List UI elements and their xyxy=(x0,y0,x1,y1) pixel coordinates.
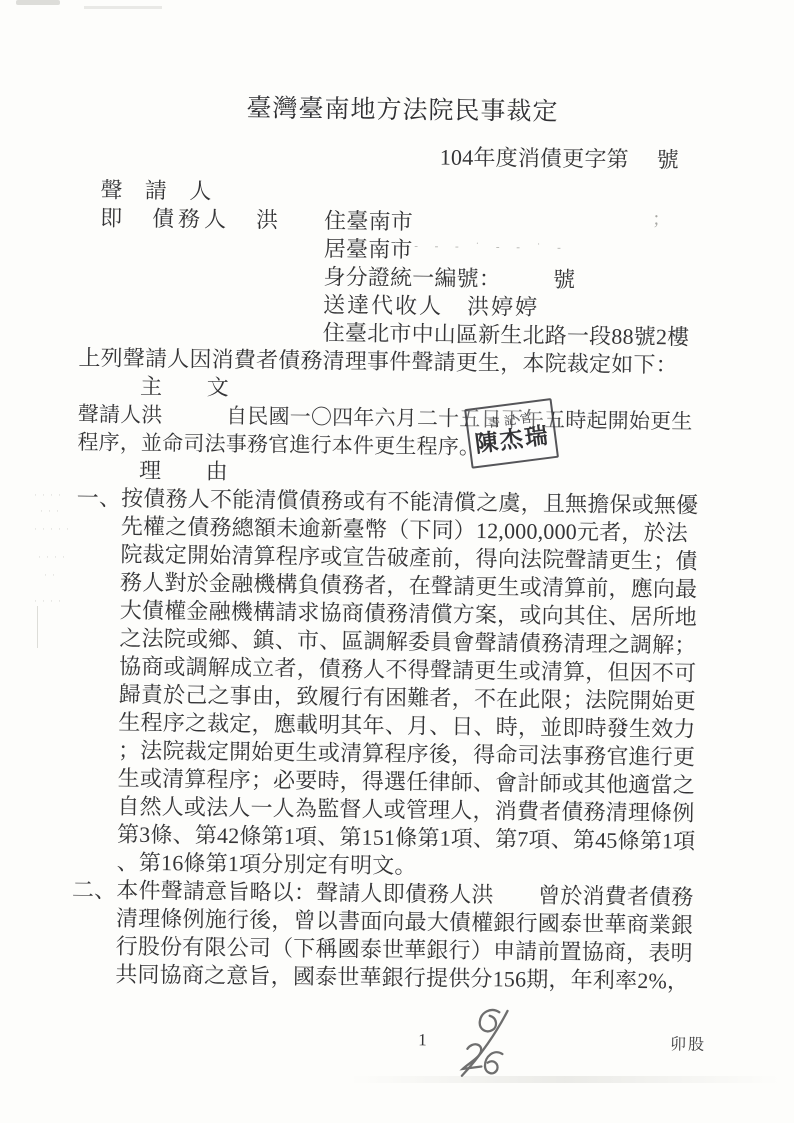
id-number-suffix: 號 xyxy=(553,267,576,292)
debtor-label: 即 債務人 洪 xyxy=(100,204,282,234)
document-content: 臺灣臺南地方法院民事裁定 104年度消債更字第 號 聲 請 人 即 債務人 洪 … xyxy=(0,0,794,1123)
reasons-heading: 理 由 xyxy=(139,457,439,489)
reason-paragraph-2: 二、本件聲請意旨略以：聲請人即債務人洪 曾於消費者債務 清理條例施行後，曾以書面… xyxy=(71,876,782,997)
court-division-label: 卯股 xyxy=(670,1031,706,1059)
clerk-stamp: 書記官 陳杰瑞 xyxy=(464,398,559,469)
main-text-heading: 主 文 xyxy=(140,373,440,405)
handwritten-date-note xyxy=(446,1005,525,1086)
main-text-paragraph: 聲請人洪 自民國一〇四年六月二十五日下午五時起開始更生 程序，並命司法事務官進行… xyxy=(77,400,788,465)
reason-paragraph-1: 一、按債務人不能清償債務或有不能清償之虞，且無擔保或無優 先權之債務總額未逾新臺… xyxy=(72,484,787,885)
case-number: 104年度消債更字第 號 xyxy=(440,143,679,174)
id-number-label: 身分證統一編號： xyxy=(323,264,501,291)
redacted-id-gap xyxy=(501,286,553,287)
document-title: 臺灣臺南地方法院民事裁定 xyxy=(5,91,794,131)
applicant-label: 聲 請 人 xyxy=(100,176,211,205)
scanned-page: ···· ··· ····· ···· ·· ···· 臺灣臺南地方法院民事裁定… xyxy=(0,0,794,1123)
page-number: 1 xyxy=(418,1026,427,1054)
